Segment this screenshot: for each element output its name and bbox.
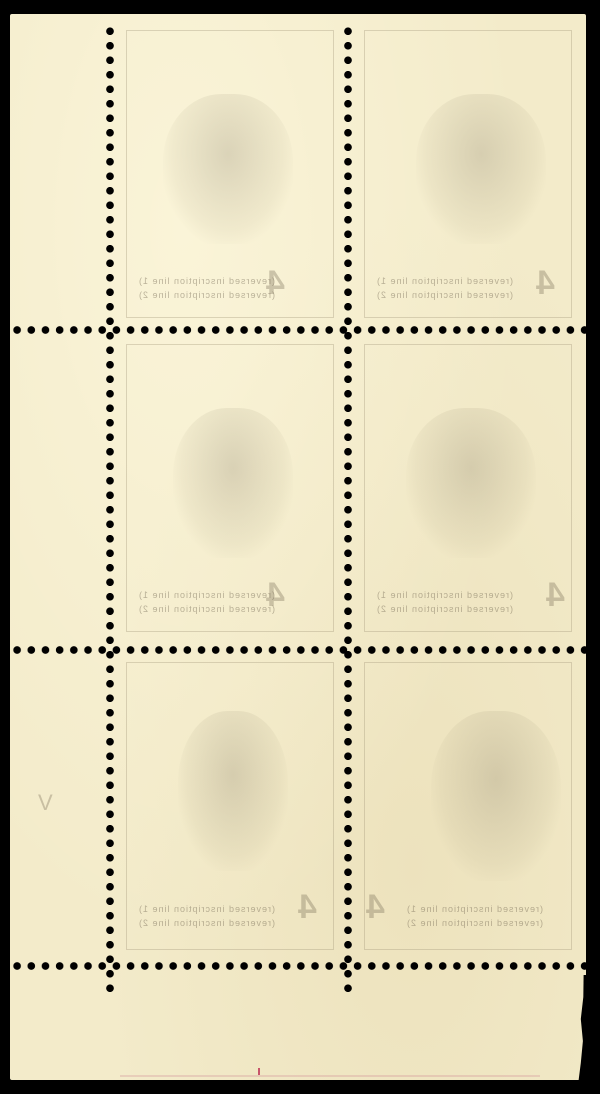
inscription-line-2: (reversed inscription line 2) <box>138 604 275 614</box>
denomination: 4 <box>366 888 385 927</box>
plate-mark <box>258 1068 260 1075</box>
stamp-row1-col1: 4 (reversed inscription line 1) (reverse… <box>118 24 340 320</box>
portrait-show-through <box>416 94 546 244</box>
portrait-show-through <box>173 408 293 558</box>
denomination: 4 <box>298 888 317 927</box>
inscription-line-1: (reversed inscription line 1) <box>138 276 275 286</box>
perforation-center-column <box>343 24 353 994</box>
perforation-row-2 <box>10 645 586 655</box>
plate-line <box>120 1075 540 1077</box>
top-perforation-edge <box>10 8 586 20</box>
denomination: 4 <box>546 576 565 615</box>
inscription-line-2: (reversed inscription line 2) <box>376 604 513 614</box>
right-perforation-edge <box>580 14 592 974</box>
portrait-show-through <box>431 711 561 881</box>
portrait-show-through <box>406 408 536 558</box>
inscription-line-2: (reversed inscription line 2) <box>406 918 543 928</box>
perforation-left-column <box>105 24 115 994</box>
inscription-line-2: (reversed inscription line 2) <box>138 918 275 928</box>
perforation-row-1 <box>10 325 586 335</box>
inscription-line-1: (reversed inscription line 1) <box>376 276 513 286</box>
portrait-show-through <box>163 94 293 244</box>
stamp-row3-col2: 4 (reversed inscription line 1) (reverse… <box>356 656 578 952</box>
inscription-line-1: (reversed inscription line 1) <box>376 590 513 600</box>
inscription-line-1: (reversed inscription line 1) <box>138 904 275 914</box>
inscription-line-1: (reversed inscription line 1) <box>138 590 275 600</box>
stamp-row2-col2: 4 (reversed inscription line 1) (reverse… <box>356 338 578 634</box>
stamp-row2-col1: 4 (reversed inscription line 1) (reverse… <box>118 338 340 634</box>
portrait-show-through <box>178 711 288 871</box>
stamp-row1-col2: 4 (reversed inscription line 1) (reverse… <box>356 24 578 320</box>
inscription-line-2: (reversed inscription line 2) <box>138 290 275 300</box>
perforation-row-3 <box>10 961 586 971</box>
margin-mark: V <box>38 790 53 816</box>
inscription-line-2: (reversed inscription line 2) <box>376 290 513 300</box>
denomination: 4 <box>536 264 555 303</box>
inscription-line-1: (reversed inscription line 1) <box>406 904 543 914</box>
stamp-row3-col1: 4 (reversed inscription line 1) (reverse… <box>118 656 340 952</box>
